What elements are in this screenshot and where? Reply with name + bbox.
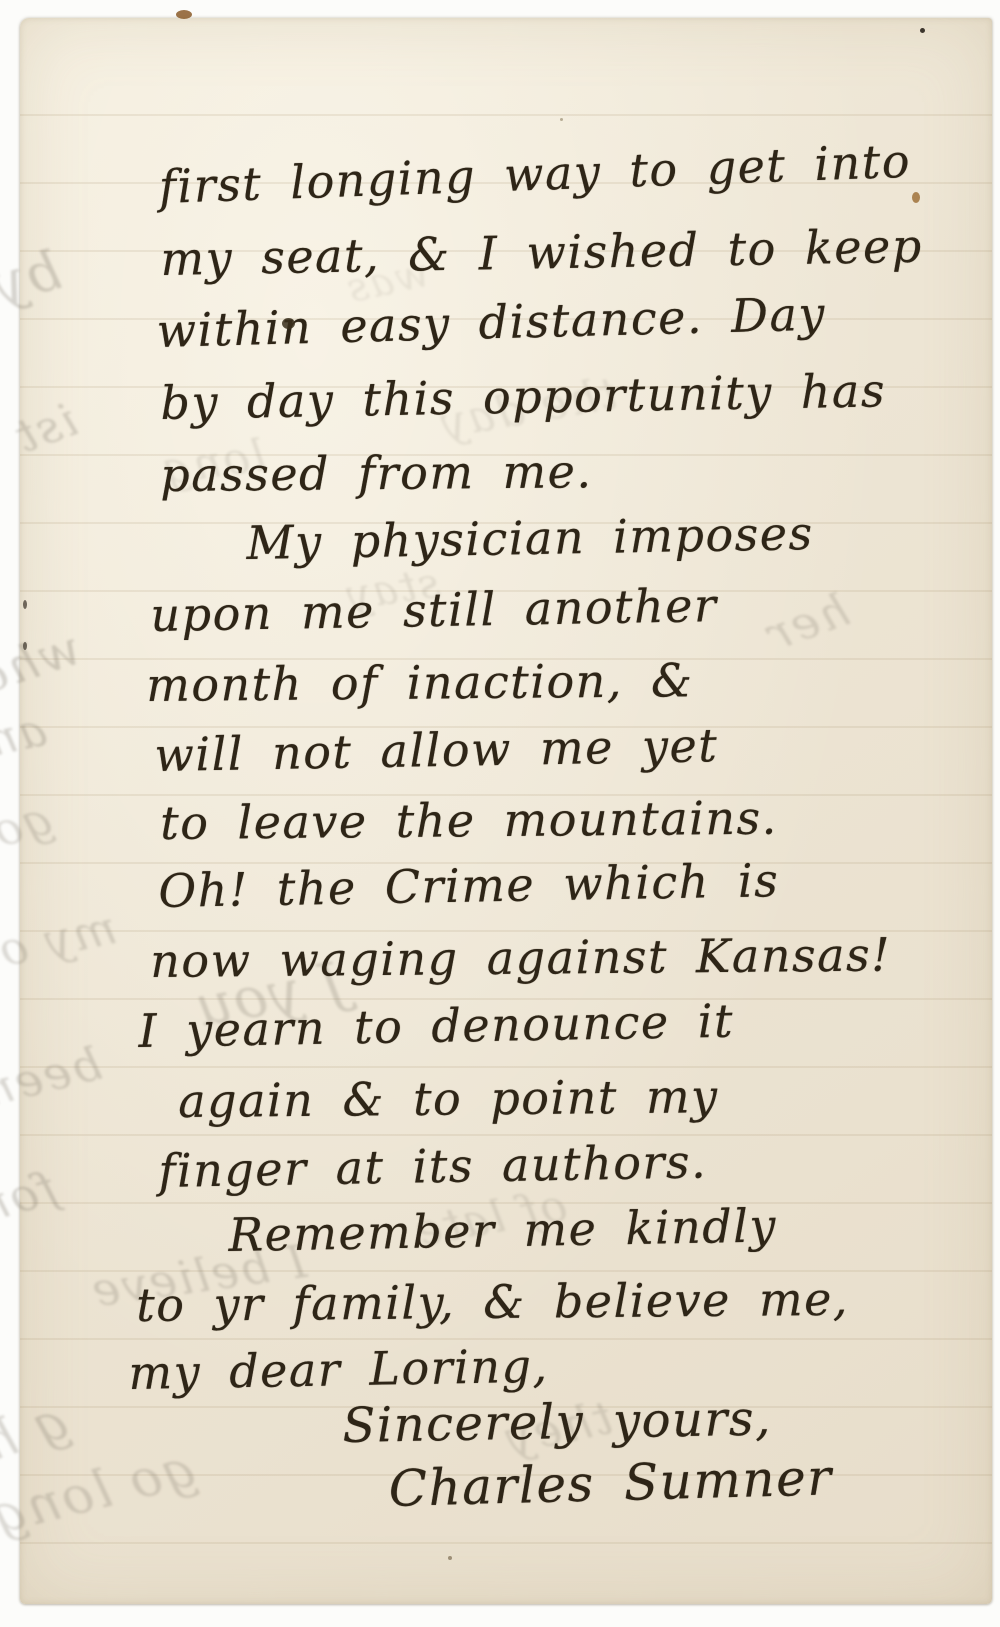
- ruled-lines: [20, 48, 992, 1580]
- scanned-letter-stage: by chistlongthe daywaswhoand hisgo bysta…: [0, 0, 1000, 1627]
- letter-page: [20, 18, 992, 1604]
